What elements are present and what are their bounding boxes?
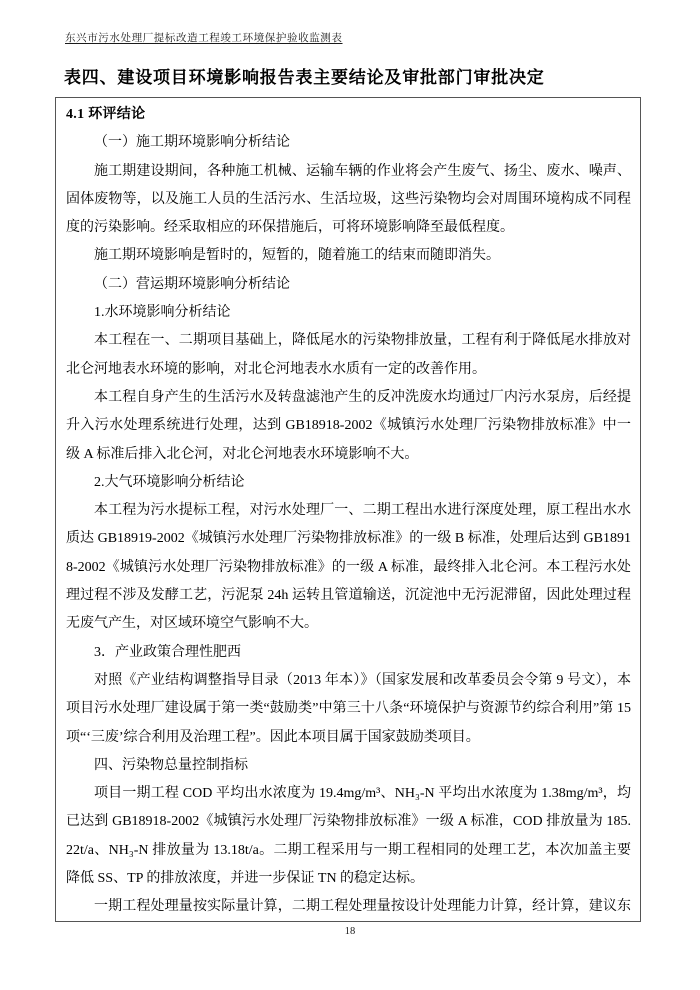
paragraph-construction-heading: （一）施工期环境影响分析结论 bbox=[66, 129, 631, 157]
paragraph-wastewater-treatment: 本工程自身产生的生活污水及转盘滤池产生的反冲洗废水均通过厂内污水泵房，后经提升入… bbox=[66, 384, 631, 469]
paragraph-air-impact: 本工程为污水提标工程，对污水处理厂一、二期工程出水进行深度处理，原工程出水水质达… bbox=[66, 497, 631, 638]
document-page: 东兴市污水处理厂提标改造工程竣工环境保护验收监测表 表四、建设项目环境影响报告表… bbox=[0, 0, 700, 990]
running-header: 东兴市污水处理厂提标改造工程竣工环境保护验收监测表 bbox=[65, 30, 343, 45]
paragraph-total-control-heading: 四、污染物总量控制指标 bbox=[66, 752, 631, 780]
paragraph-construction-impacts: 施工期建设期间，各种施工机械、运输车辆的作业将会产生废气、扬尘、废水、噪声、固体… bbox=[66, 158, 631, 243]
report-conclusion-table: 4.1 环评结论 （一）施工期环境影响分析结论 施工期建设期间，各种施工机械、运… bbox=[55, 97, 641, 922]
paragraph-water-heading: 1.水环境影响分析结论 bbox=[66, 299, 631, 327]
paragraph-water-impact: 本工程在一、二期项目基础上，降低尾水的污染物排放量，工程有利于降低尾水排放对北仑… bbox=[66, 327, 631, 384]
paragraph-total-control-detail: 项目一期工程 COD 平均出水浓度为 19.4mg/m³、NH₃-N 平均出水浓… bbox=[66, 780, 631, 893]
page-title: 表四、建设项目环境影响报告表主要结论及审批部门审批决定 bbox=[64, 63, 545, 88]
paragraph-air-heading: 2.大气环境影响分析结论 bbox=[66, 469, 631, 497]
section-heading: 4.1 环评结论 bbox=[66, 101, 631, 129]
paragraph-total-control-suggestion: 一期工程处理量按实际量计算，二期工程处理量按设计处理能力计算，经计算，建议东兴市… bbox=[66, 893, 631, 922]
paragraph-policy-heading: 3．产业政策合理性肥西 bbox=[66, 639, 631, 667]
paragraph-policy-detail: 对照《产业结构调整指导目录（2013 年本）》（国家发展和改革委员会令第 9 号… bbox=[66, 667, 631, 752]
paragraph-construction-temporary: 施工期环境影响是暂时的，短暂的，随着施工的结束而随即消失。 bbox=[66, 242, 631, 270]
page-number: 18 bbox=[0, 926, 700, 937]
paragraph-operation-heading: （二）营运期环境影响分析结论 bbox=[66, 271, 631, 299]
